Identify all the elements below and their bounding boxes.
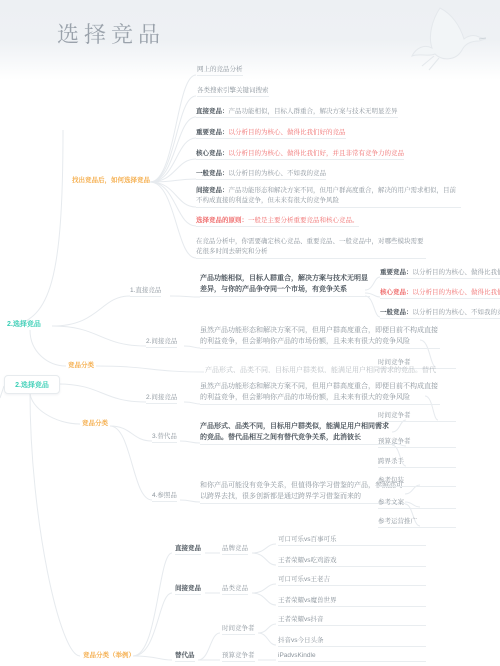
branch-label-examples[interactable]: 竞品分类（举例） (83, 651, 135, 660)
node-ex-wz-wow[interactable]: 王者荣耀vs魔兽世界 (278, 596, 426, 607)
node-time-competitor-2[interactable]: 时间竞争者 (378, 411, 456, 422)
node-find-competitors[interactable]: 找出竞品后，如何选择竞品 (72, 176, 150, 185)
node-substitute-clipped: 产品形式、品类不同，目标用户群类似，能满足用户相同需求的竞品。替代品相互之间有替… (205, 366, 440, 373)
node-selection-principle[interactable]: 选择竞品的原则：一般是主要分析重要竞品和核心竞品。 (196, 216, 359, 227)
node-substitute-label[interactable]: 3.替代品 (152, 432, 177, 443)
node-budget-competitor[interactable]: 预算竞争者 (378, 437, 456, 448)
node-ex-coke-pepsi[interactable]: 可口可乐vs百事可乐 (278, 535, 426, 546)
node-sub-general[interactable]: 一般竞品：以分析目的为核心、不如我的竞品 (380, 308, 500, 319)
node-sub-core[interactable]: 核心竞品：以分析目的为核心、做得比我们好，并且非常有竞争力的竞品 (380, 288, 500, 299)
node-important-def[interactable]: 重要竞品：以分析目的为核心、做得比我们好的竞品 (196, 128, 346, 139)
node-ex-substitute[interactable]: 替代品 (175, 651, 195, 662)
node-ex-category[interactable]: 品类竞品 (222, 584, 248, 595)
node-online-analysis[interactable]: 网上的竞品分析 (197, 65, 243, 76)
node-ex-budget[interactable]: 预算竞争者 (222, 651, 255, 662)
node-ex-indirect[interactable]: 间接竞品 (175, 584, 201, 595)
node-ex-wz-chicken[interactable]: 王者荣耀vs吃鸡游戏 (278, 556, 426, 567)
node-indirect-def[interactable]: 间接竞品：产品功能形态和解决方案不同，但用户群高度重合，解决的用户需求相似，目前… (196, 186, 461, 208)
node-indirect-text-2[interactable]: 虽然产品功能形态和解决方案不同，但用户群高度重合，即便目前不构成直接的利益竞争，… (200, 382, 440, 405)
node-ref-copywriting[interactable]: 参考文案 (378, 498, 456, 509)
node-reference-text[interactable]: 和你产品可能没有竞争关系，但值得你学习借鉴的产品，参照品可以跨界去找，很多创新都… (200, 481, 405, 504)
node-ref-operations[interactable]: 参考运营推广 (378, 517, 456, 528)
node-substitute-text[interactable]: 产品形式、品类不同，目标用户群类似，能满足用户相同需求的竞品。替代品相互之间有替… (200, 422, 395, 445)
node-ex-time[interactable]: 时间竞争者 (222, 624, 255, 635)
node-direct-text[interactable]: 产品功能相似，目标人群重合，解决方案与技术无明显差异，与你的产品争夺同一个市场，… (200, 274, 370, 297)
node-choose-competitors-1[interactable]: 2.选择竞品 (7, 320, 41, 329)
mindmap-canvas: 选择竞品 (0, 0, 500, 666)
node-ex-coke-wlj[interactable]: 可口可乐vs王老吉 (278, 575, 426, 586)
node-ex-direct[interactable]: 直接竞品 (175, 544, 201, 555)
node-ref-packaging[interactable]: 参考包装 (378, 476, 456, 487)
node-search-engines[interactable]: 各类搜索引擎关键词搜索 (197, 86, 269, 97)
node-core-def[interactable]: 核心竞品：以分析目的为核心、做得比我们好，并且非常有竞争力的竞品 (196, 149, 404, 160)
node-indirect-label-1[interactable]: 2.间接竞品 (146, 337, 177, 348)
node-choose-competitors-2[interactable]: 2.选择竞品 (4, 375, 60, 394)
crane-logo-icon (402, 4, 486, 72)
node-crossover-killer[interactable]: 跨界杀手 (378, 457, 456, 468)
node-ex-ipad-kindle[interactable]: iPadvsKindle (278, 651, 426, 662)
node-ex-douyin-toutiao[interactable]: 抖音vs今日头条 (278, 636, 426, 647)
node-direct-label[interactable]: 1.直接竞品 (130, 286, 161, 297)
node-indirect-label-2[interactable]: 2.间接竞品 (146, 393, 177, 404)
node-ex-wz-douyin[interactable]: 王者荣耀vs抖音 (278, 615, 426, 626)
node-reference-label[interactable]: 4.参照品 (152, 491, 177, 502)
page-title: 选择竞品 (57, 18, 165, 49)
node-analysis-note[interactable]: 在竞品分析中，你需要确定核心竞品、重要竞品、一般竞品中，对哪些模块需要花很多时间… (196, 237, 426, 259)
node-sub-important[interactable]: 重要竞品：以分析目的为核心、做得比我们好的竞品 (380, 268, 500, 279)
node-indirect-text-1[interactable]: 虽然产品功能形态和解决方案不同，但用户群高度重合，即便目前不构成直接的利益竞争，… (200, 326, 440, 349)
node-general-def[interactable]: 一般竞品：以分析目的为核心、不如我的竞品 (196, 169, 326, 180)
node-ex-brand[interactable]: 品牌竞品 (222, 544, 248, 555)
node-direct-def[interactable]: 直接竞品：产品功能相似，目标人群重合，解决方案与技术无明显差异 (196, 107, 398, 118)
branch-label-classification-1[interactable]: 竞品分类 (68, 361, 94, 370)
branch-label-classification-2[interactable]: 竞品分类 (82, 419, 108, 428)
